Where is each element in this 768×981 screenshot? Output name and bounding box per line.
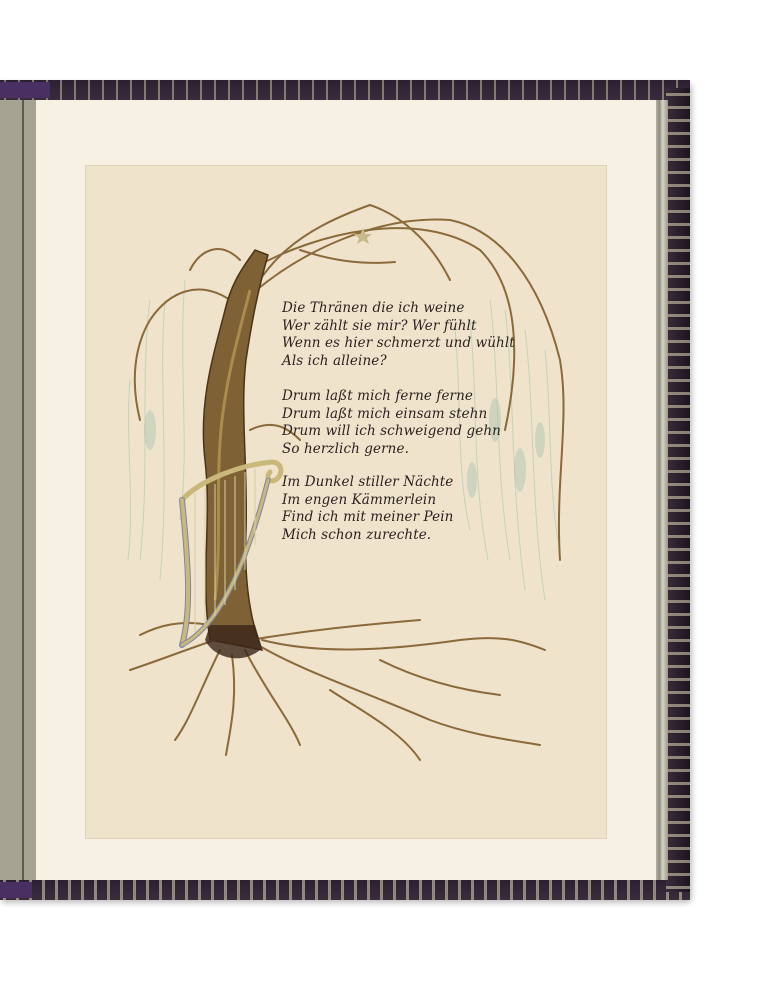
poem-line: Wenn es hier schmerzt und wühlt: [282, 335, 502, 353]
stanza-2: Drum laßt mich ferne ferne Drum laßt mic…: [282, 388, 502, 458]
poem-line: Find ich mit meiner Pein: [282, 509, 502, 527]
poem-line: Als ich alleine?: [282, 353, 502, 371]
poem-line: So herzlich gerne.: [282, 441, 502, 459]
poem-line: Drum laßt mich ferne ferne: [282, 388, 502, 406]
stanza-3: Im Dunkel stiller Nächte Im engen Kämmer…: [282, 474, 502, 544]
poem-line: Wer zählt sie mir? Wer fühlt: [282, 318, 502, 336]
stanza-1: Die Thränen die ich weine Wer zählt sie …: [282, 300, 502, 370]
poem-line: Die Thränen die ich weine: [282, 300, 502, 318]
poem: Die Thränen die ich weine Wer zählt sie …: [282, 300, 502, 560]
poem-line: Im engen Kämmerlein: [282, 492, 502, 510]
willow-trunk: [203, 250, 268, 650]
poem-line: Mich schon zurechte.: [282, 527, 502, 545]
poem-line: Drum will ich schweigend gehn: [282, 423, 502, 441]
poem-line: Im Dunkel stiller Nächte: [282, 474, 502, 492]
poem-line: Drum laßt mich einsam stehn: [282, 406, 502, 424]
